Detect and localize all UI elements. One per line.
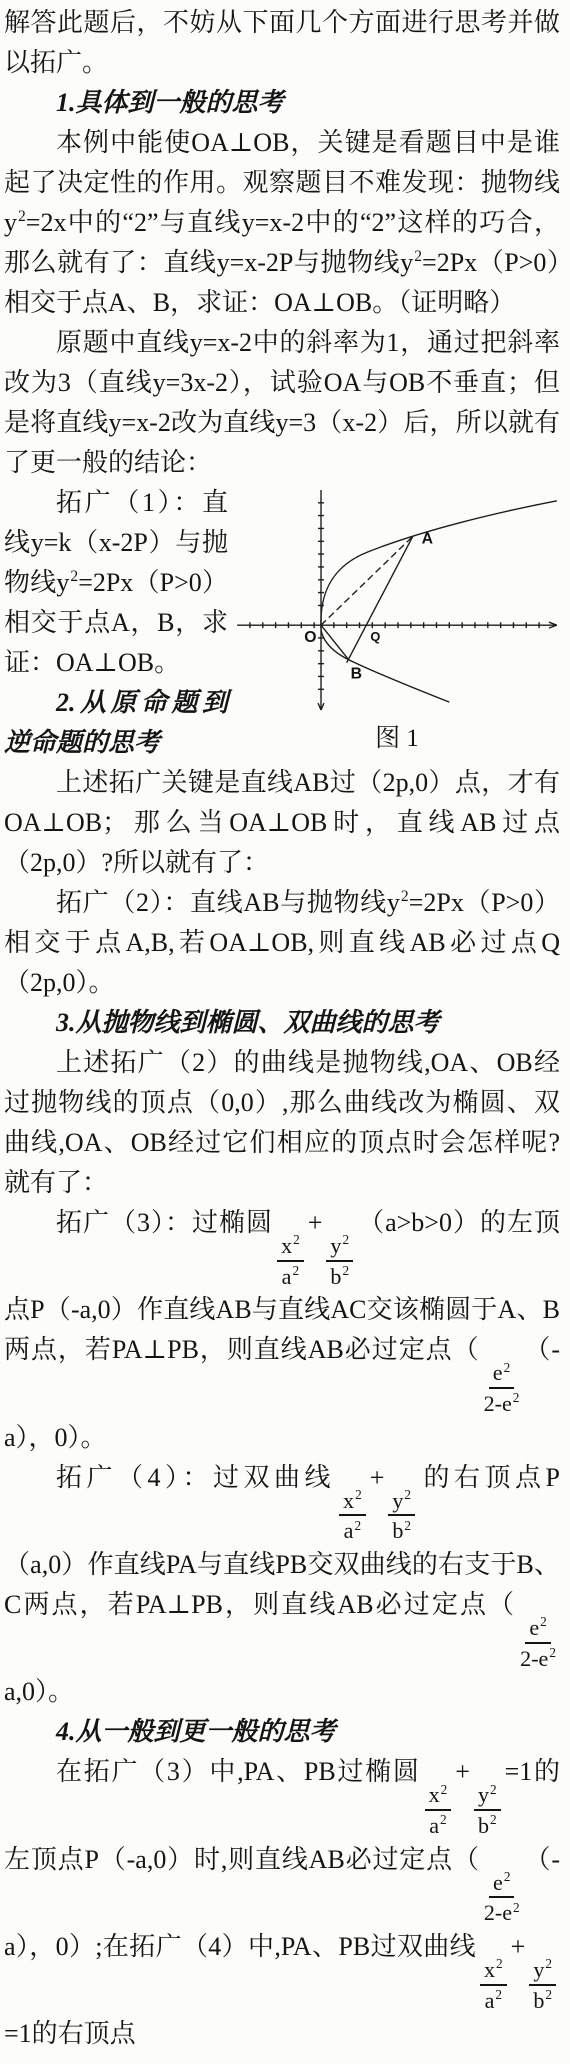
superscript: 2 [545,1956,552,1971]
figure-1: O A B Q 图 1 [234,487,560,754]
fraction-denominator: a2 [429,1811,446,1840]
superscript: 2 [354,1518,361,1533]
fraction: x2a2 [277,1230,304,1290]
fraction: x2a2 [339,1485,366,1545]
page: 解答此题后，不妨从下面几个方面进行思考并做以拓广。1.具体到一般的思考本例中能使… [0,0,570,2064]
superscript: 2 [490,1782,497,1797]
superscript: 2 [18,208,26,225]
fraction-denominator: b2 [478,1811,497,1840]
fraction: e22-e2 [520,1612,556,1672]
superscript: 2 [504,1869,511,1884]
superscript: 2 [404,1518,411,1533]
paragraph: 在拓广（3）中,PA、PB过椭圆x2a2+y2b2=1的左顶点P（-a,0）时,… [4,1752,560,2054]
fraction-denominator: b2 [533,1986,552,2015]
superscript: 2 [496,1956,503,1971]
parabola-upper-branch [321,501,557,625]
fraction-denominator: b2 [392,1516,411,1545]
figure-1-plot: O A B Q [234,487,560,712]
fraction-numerator: y2 [474,1779,501,1811]
point-q-label: Q [370,629,380,644]
content-top: 解答此题后，不妨从下面几个方面进行思考并做以拓广。1.具体到一般的思考本例中能使… [4,3,560,483]
fraction: y2b2 [529,1954,556,2014]
fraction-denominator: b2 [330,1262,349,1291]
line-ob [321,625,349,660]
fraction-denominator: 2-e2 [484,1898,520,1927]
superscript: 2 [342,1232,349,1247]
superscript: 2 [414,248,422,265]
fraction-numerator: y2 [326,1230,353,1262]
superscript: 2 [545,1987,552,2002]
superscript: 2 [404,1487,411,1502]
paragraph: 解答此题后，不妨从下面几个方面进行思考并做以拓广。 [4,3,560,83]
paragraph: 拓广（4）：过双曲线x2a2+y2b2的右顶点P（a,0）作直线PA与直线PB交… [4,1458,560,1713]
superscript: 2 [355,1487,362,1502]
origin-label: O [304,629,316,646]
paragraph: 拓广（3）：过椭圆x2a2+y2b2（a>b>0）的左顶点P（-a,0）作直线A… [4,1203,560,1458]
section-heading: 4.从一般到更一般的思考 [4,1712,560,1752]
point-b-label: B [351,665,362,682]
fraction-denominator: 2-e2 [484,1389,520,1418]
section-heading: 3.从抛物线到椭圆、双曲线的思考 [4,1003,560,1043]
figure-1-caption: 图 1 [234,724,560,754]
fraction-numerator: y2 [388,1485,415,1517]
section-heading: 1.具体到一般的思考 [4,83,560,123]
fraction-numerator: e2 [489,1357,514,1389]
superscript: 2 [441,1782,448,1797]
fraction: e22-e2 [484,1867,520,1927]
fraction-numerator: e2 [489,1867,514,1899]
superscript: 2 [513,1900,520,1915]
fraction: y2b2 [474,1779,501,1839]
fraction-numerator: x2 [277,1230,304,1262]
superscript: 2 [495,1987,502,2002]
superscript: 2 [401,888,409,905]
fraction-numerator: y2 [529,1954,556,1986]
superscript: 2 [490,1812,497,1827]
superscript: 2 [293,1232,300,1247]
fraction-numerator: e2 [525,1612,550,1644]
fraction-numerator: x2 [339,1485,366,1517]
fraction: x2a2 [480,1954,507,2014]
fraction-denominator: a2 [344,1516,361,1545]
superscript: 2 [342,1263,349,1278]
superscript: 2 [70,568,78,585]
paragraph: 本例中能使OA⊥OB，关键是看题目中是谁起了决定性的作用。观察题目不难发现：抛物… [4,123,560,323]
fraction-denominator: 2-e2 [520,1644,556,1673]
paragraph: 拓广（2）：直线AB与抛物线y2=2Px（P>0）相交于点A,B,若OA⊥OB,… [4,883,560,1003]
superscript: 2 [540,1614,547,1629]
superscript: 2 [513,1390,520,1405]
parabola-lower-branch [321,625,449,702]
fraction-numerator: x2 [480,1954,507,1986]
fraction-denominator: a2 [485,1986,502,2015]
fraction: y2b2 [326,1230,353,1290]
paragraph: 原题中直线y=x-2中的斜率为1，通过把斜率改为3（直线y=3x-2），试验OA… [4,323,560,483]
fraction: x2a2 [425,1779,452,1839]
fraction-denominator: a2 [282,1262,299,1291]
content-lower: O A B Q 图 1 拓广（1）：直线y=k（x-2P）与抛物线y2=2Px（… [4,483,560,2054]
fraction: e22-e2 [484,1357,520,1417]
superscript: 2 [549,1645,556,1660]
fraction-numerator: x2 [425,1779,452,1811]
superscript: 2 [440,1812,447,1827]
paragraph: 上述拓广关键是直线AB过（2p,0）点，才有OA⊥OB；那么当OA⊥OB时，直线… [4,763,560,883]
paragraph: 上述拓广（2）的曲线是抛物线,OA、OB经过抛物线的顶点（0,0）,那么曲线改为… [4,1043,560,1203]
superscript: 2 [292,1263,299,1278]
superscript: 2 [504,1360,511,1375]
point-a-label: A [422,530,433,547]
line-oa [321,536,413,625]
fraction: y2b2 [388,1485,415,1545]
